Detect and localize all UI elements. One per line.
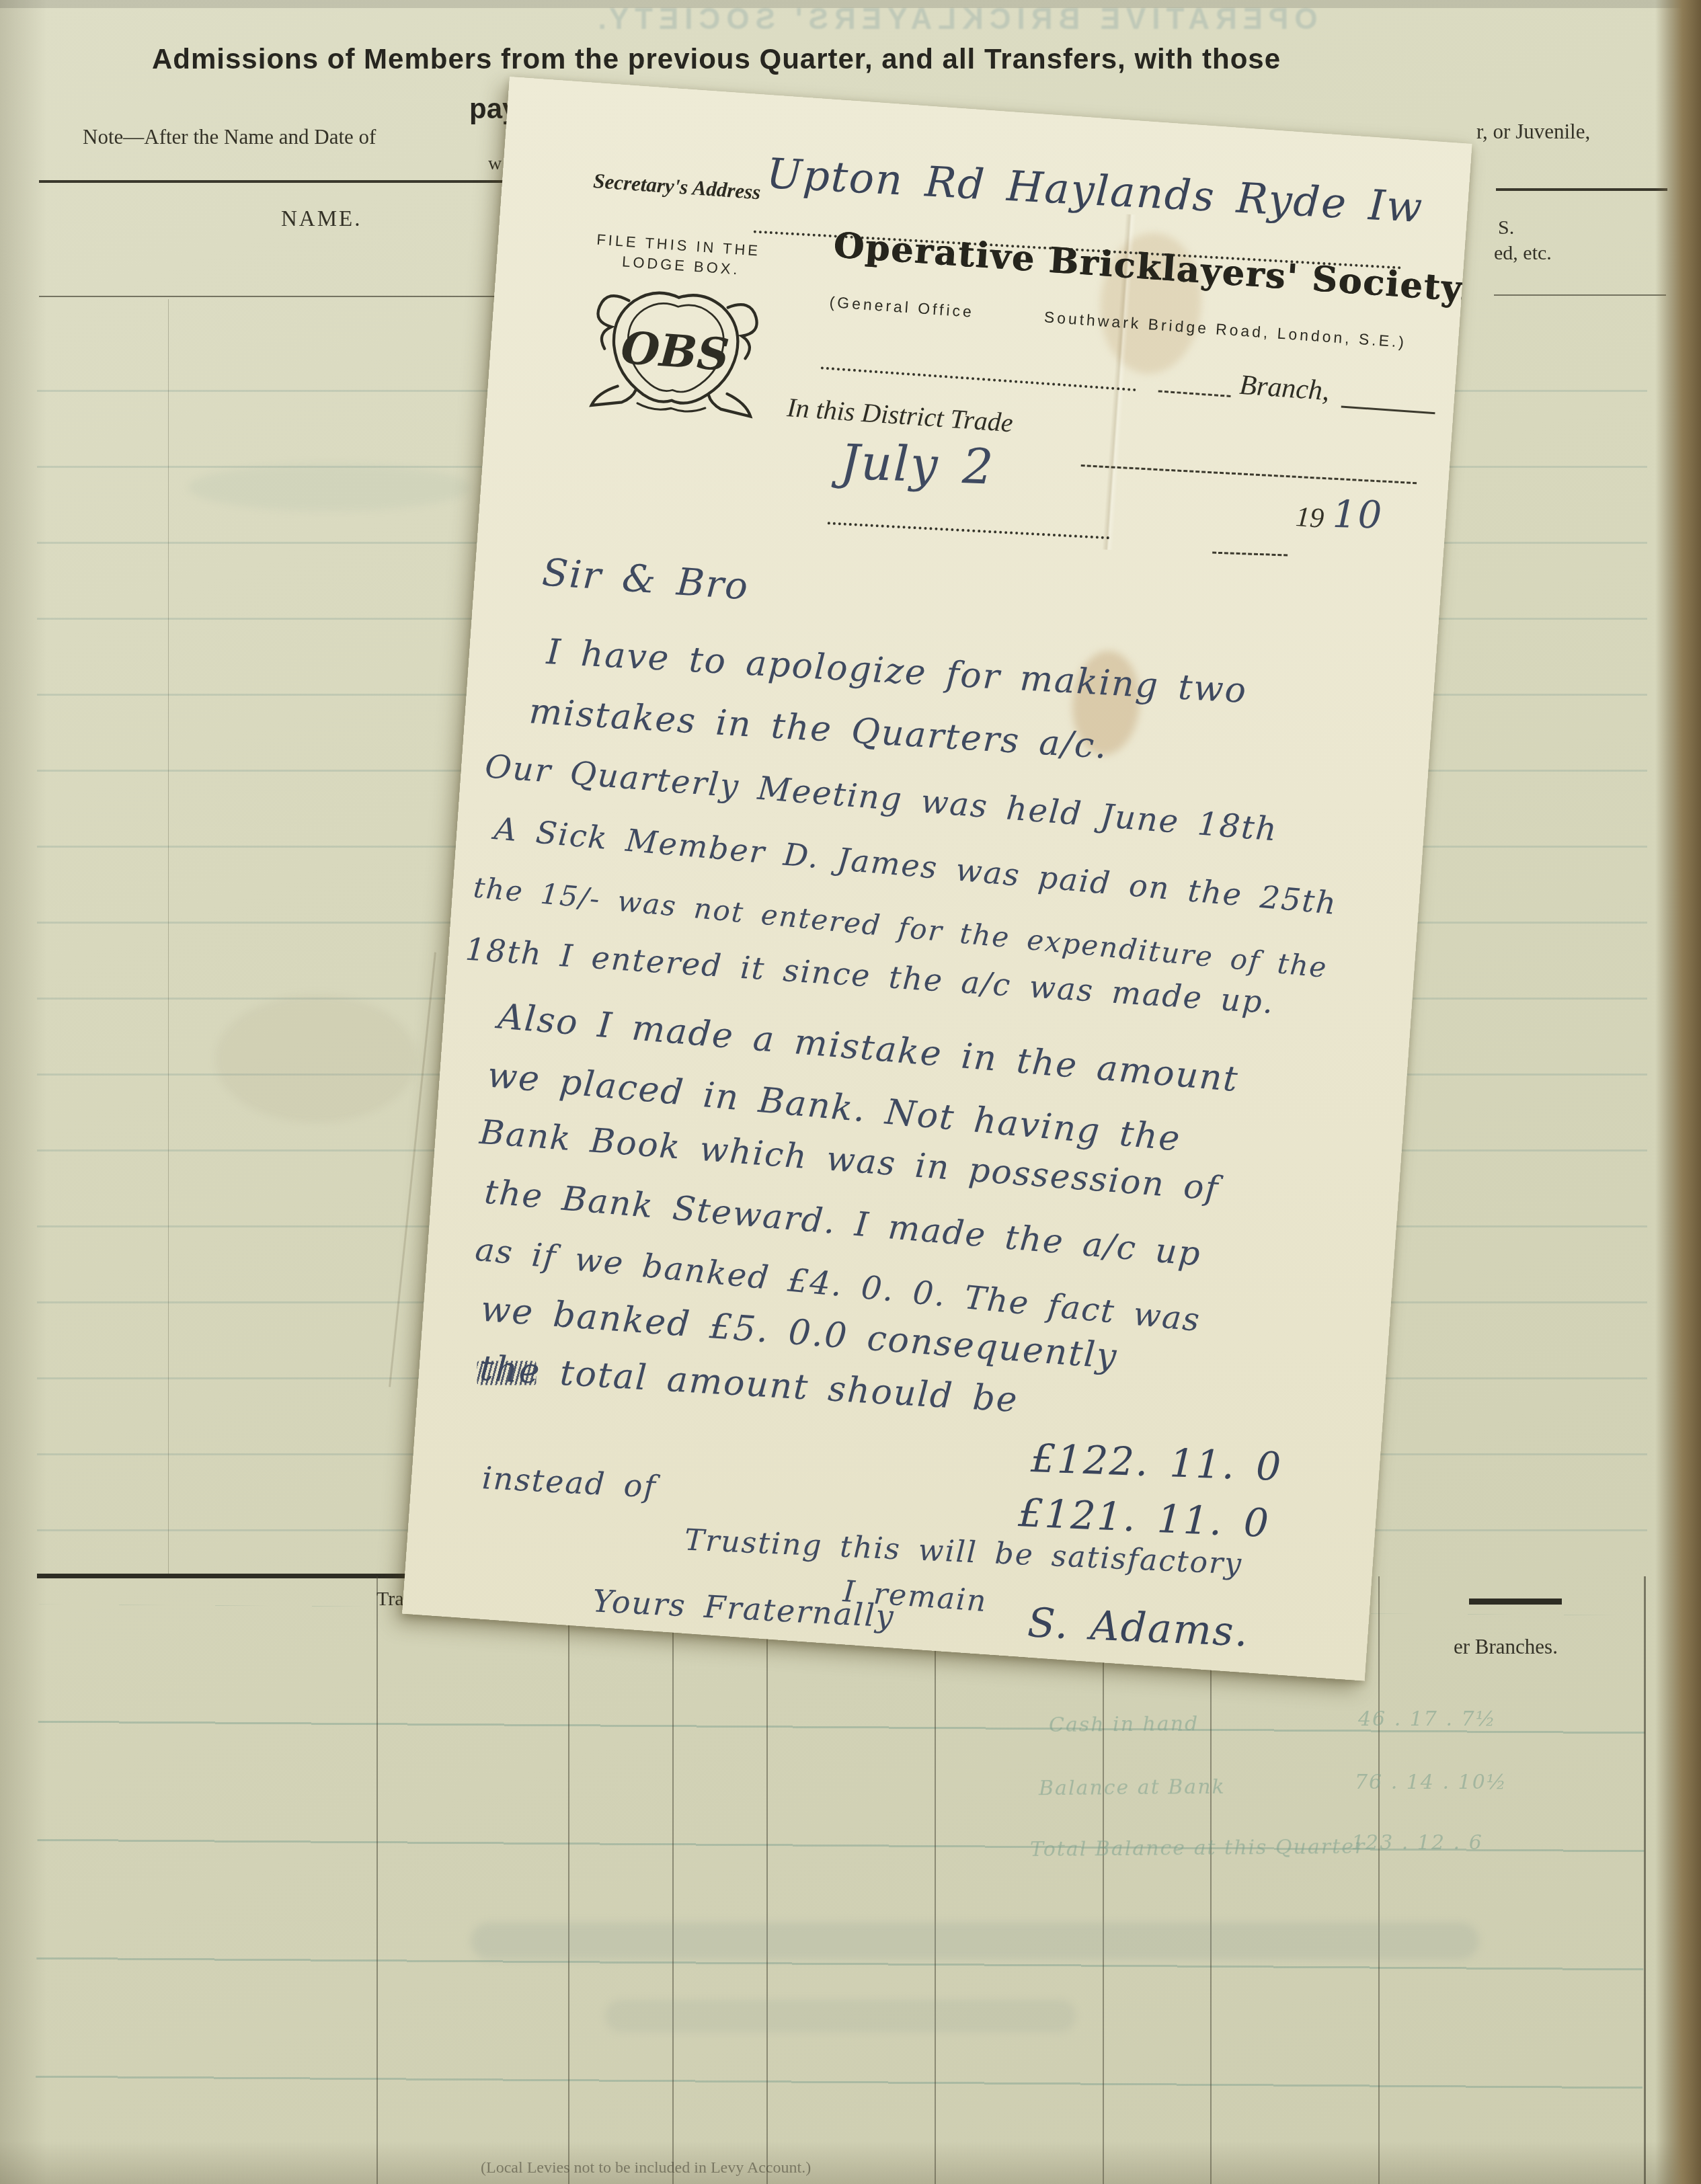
bottom-right-fragment: er Branches. — [1454, 1635, 1558, 1659]
signature: S. Adams. — [1027, 1599, 1250, 1656]
register-note-right-fragment: r, or Juvenile, — [1476, 120, 1590, 144]
column-line — [377, 1576, 378, 2184]
header-rule-right — [1496, 188, 1667, 191]
branch-dash-line — [1158, 390, 1231, 397]
year-printed: 19 — [1294, 501, 1324, 535]
column-line-upper — [168, 299, 169, 1575]
general-office-address: Southwark Bridge Road, London, S.E.) — [1043, 308, 1407, 352]
column-line — [672, 1576, 674, 2184]
column-line — [568, 1576, 569, 2184]
bottom-section-rule-right — [1469, 1599, 1562, 1605]
showthrough-cash-in-hand-value: 46 . 17 . 7½ — [1358, 1707, 1497, 1731]
secretarys-address-label: Secretary's Address — [592, 169, 761, 204]
page-top-shadow — [0, 0, 1701, 8]
file-notice-line1: FILE THIS IN THE — [596, 231, 760, 260]
district-fill-line — [1081, 464, 1417, 484]
branch-label: Branch, — [1238, 369, 1331, 407]
body-line: mistakes in the Quarters a/c. — [528, 691, 1109, 767]
faint-rules-lower — [35, 1605, 1646, 2184]
year-dash-line — [1212, 552, 1288, 557]
district-trade-label: In this District Trade — [786, 391, 1014, 438]
bottom-section-rule-left — [37, 1574, 424, 1578]
ink-scribble — [477, 1361, 536, 1385]
branch-fill-line — [1341, 405, 1435, 414]
faded-smudge — [188, 464, 471, 511]
letter-sheet: Secretary's Address Upton Rd Haylands Ry… — [402, 77, 1472, 1681]
society-crest-emblem: OBS — [580, 279, 771, 421]
page-bottom-shadow — [0, 2141, 1701, 2184]
date-dotted-line — [828, 522, 1110, 539]
crest-monogram-letters: OBS — [619, 321, 731, 381]
register-note-second-line-fragment: w — [488, 153, 502, 175]
name-column-header: NAME. — [281, 207, 362, 232]
salutation: Sir & Bro — [541, 551, 750, 608]
scanned-ledger-photo: { "page": { "bleedthrough_title": "OPERA… — [0, 0, 1701, 2184]
amount-corrected: £122. 11. 0 — [1030, 1435, 1283, 1490]
right-column-fragment-bottom: ed, etc. — [1494, 242, 1552, 265]
column-line — [935, 1576, 936, 2184]
showthrough-cash-in-hand-label: Cash in hand — [1049, 1712, 1199, 1737]
register-note-left: Note—After the Name and Date of — [83, 125, 376, 149]
instead-of-label: instead of — [481, 1459, 658, 1505]
page-gutter-shadow — [0, 0, 47, 2184]
branch-dotted-line — [821, 366, 1136, 391]
year-handwritten: 10 — [1332, 493, 1383, 537]
book-edge — [1655, 0, 1701, 2184]
showthrough-total-balance-label: Total Balance at this Quarter — [1030, 1835, 1366, 1861]
column-line — [1103, 1576, 1104, 2184]
faded-smudge — [215, 995, 417, 1123]
subheader-rule-right — [1494, 294, 1666, 296]
showthrough-balance-at-bank-value: 76 . 14 . 10½ — [1355, 1771, 1507, 1794]
header-rule-left — [39, 180, 504, 183]
showthrough-total-balance-value: 123 . 12 . 6 — [1351, 1831, 1483, 1855]
column-line — [766, 1576, 768, 2184]
faded-print-smudge — [471, 1923, 1479, 1959]
register-title: Admissions of Members from the previous … — [152, 43, 1281, 75]
general-office-label: (General Office — [829, 293, 975, 321]
secretarys-address-value: Upton Rd Haylands Ryde Iw — [765, 149, 1425, 232]
date-month-day: July 2 — [839, 434, 995, 495]
subheader-rule-left — [39, 296, 504, 297]
table-right-border — [1644, 1576, 1646, 2184]
amount-original: £121. 11. 0 — [1017, 1490, 1271, 1546]
faded-print-smudge — [605, 2000, 1076, 2032]
showthrough-balance-at-bank-label: Balance at Bank — [1039, 1775, 1226, 1800]
right-column-fragment-top: S. — [1498, 216, 1514, 239]
column-line — [1378, 1576, 1380, 2184]
